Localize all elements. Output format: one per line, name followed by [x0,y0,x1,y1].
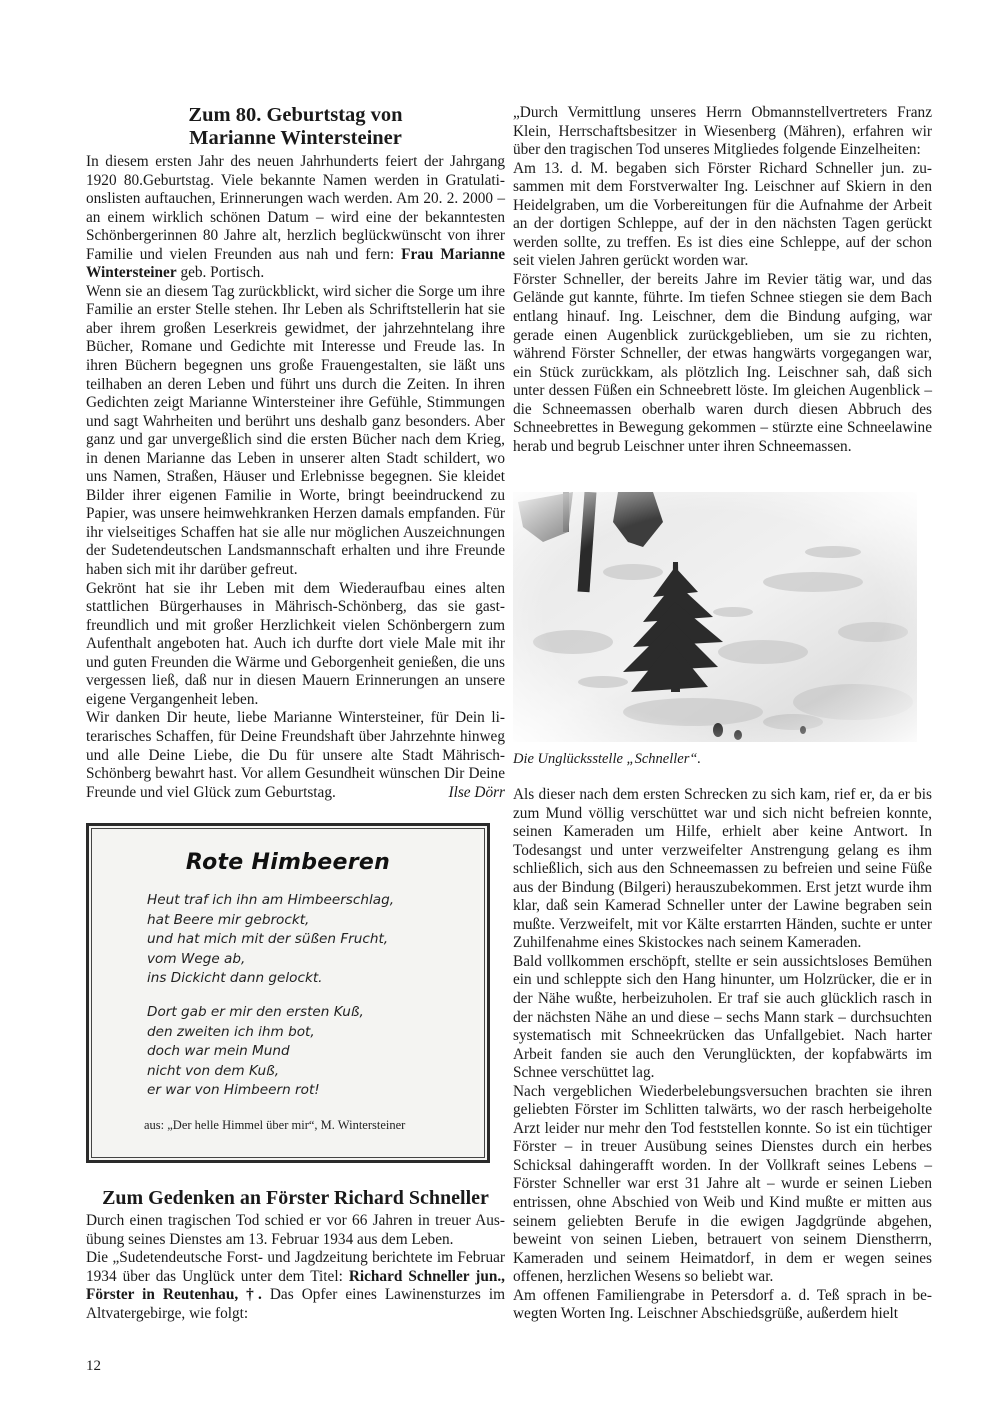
snow-scene-image [513,492,917,742]
poem-line: und hat mich mit der süßen Frucht, [147,930,394,950]
article-memorial-continued: „Durch Vermittlung unseres Herrn Obmanns… [513,104,932,456]
report-paragraph-2: Am 13. d. M. begaben sich Förster Richar… [513,160,932,271]
report-paragraph-4: Als dieser nach dem ersten Schrecken zu … [513,786,932,953]
poem-line: er war von Himbeern rot! [147,1081,364,1101]
photo-caption: Die Unglücksstelle „Schneller“. [513,751,701,768]
poem-line: Dort gab er mir den ersten Kuß, [147,1003,364,1023]
report-paragraph-3: Förster Schneller, der bereits Jahre im … [513,271,932,456]
article-birthday: Zum 80. Geburtstag von Marianne Winterst… [86,104,505,802]
article-memorial-paragraph-2: Die „Sudetendeutsche Forst- und Jagdzeit… [86,1249,505,1323]
poem-source: aus: „Der helle Himmel über mir“, M. Win… [144,1118,405,1133]
poem-title: Rote Himbeeren [89,850,487,875]
paragraph-text: geb. Portisch. [177,264,265,281]
accident-site-photo [513,492,917,742]
page-number: 12 [86,1358,101,1375]
report-paragraph-7: Am offenen Familiengrabe in Petersdorf a… [513,1287,932,1324]
report-paragraph-1: „Durch Vermittlung unseres Herrn Obmanns… [513,104,932,160]
article-birthday-title-line2: Marianne Wintersteiner [86,127,505,150]
author-signature: Ilse Dörr [448,784,505,803]
article-birthday-paragraph-1: In diesem ersten Jahr des neuen Jahrhund… [86,153,505,283]
poem-line: nicht von dem Kuß, [147,1062,364,1082]
poem-line: den zweiten ich ihm bot, [147,1023,364,1043]
report-paragraph-6: Nach vergeblichen Wiederbelebungsversuch… [513,1083,932,1287]
report-paragraph-5: Bald vollkommen erschöpft, stellte er se… [513,953,932,1083]
article-memorial: Zum Gedenken an Förster Richard Schnelle… [86,1186,505,1323]
article-memorial-title: Zum Gedenken an Förster Richard Schnelle… [86,1186,505,1210]
article-birthday-paragraph-4: Wir danken Dir heute, liebe Marianne Win… [86,709,505,802]
poem-stanza-2: Dort gab er mir den ersten Kuß, den zwei… [147,1003,364,1101]
article-birthday-title-line1: Zum 80. Geburtstag von [86,104,505,127]
paragraph-text: Wir danken Dir heute, liebe Marianne Win… [86,709,505,800]
article-birthday-paragraph-3: Gekrönt hat sie ihr Leben mit dem Wieder… [86,580,505,710]
article-memorial-continued-2: Als dieser nach dem ersten Schrecken zu … [513,786,932,1324]
poem-box: Rote Himbeeren Heut traf ich ihn am Himb… [86,823,490,1163]
poem-line: vom Wege ab, [147,950,394,970]
poem-line: doch war mein Mund [147,1042,364,1062]
article-memorial-paragraph-1: Durch einen tragischen Tod schied er vor… [86,1212,505,1249]
poem-line: hat Beere mir gebrockt, [147,911,394,931]
poem-line: ins Dickicht dann gelockt. [147,969,394,989]
poem-stanza-1: Heut traf ich ihn am Himbeerschlag, hat … [147,891,394,989]
poem-line: Heut traf ich ihn am Himbeerschlag, [147,891,394,911]
article-birthday-paragraph-2: Wenn sie an diesem Tag zurückblickt, wir… [86,283,505,580]
